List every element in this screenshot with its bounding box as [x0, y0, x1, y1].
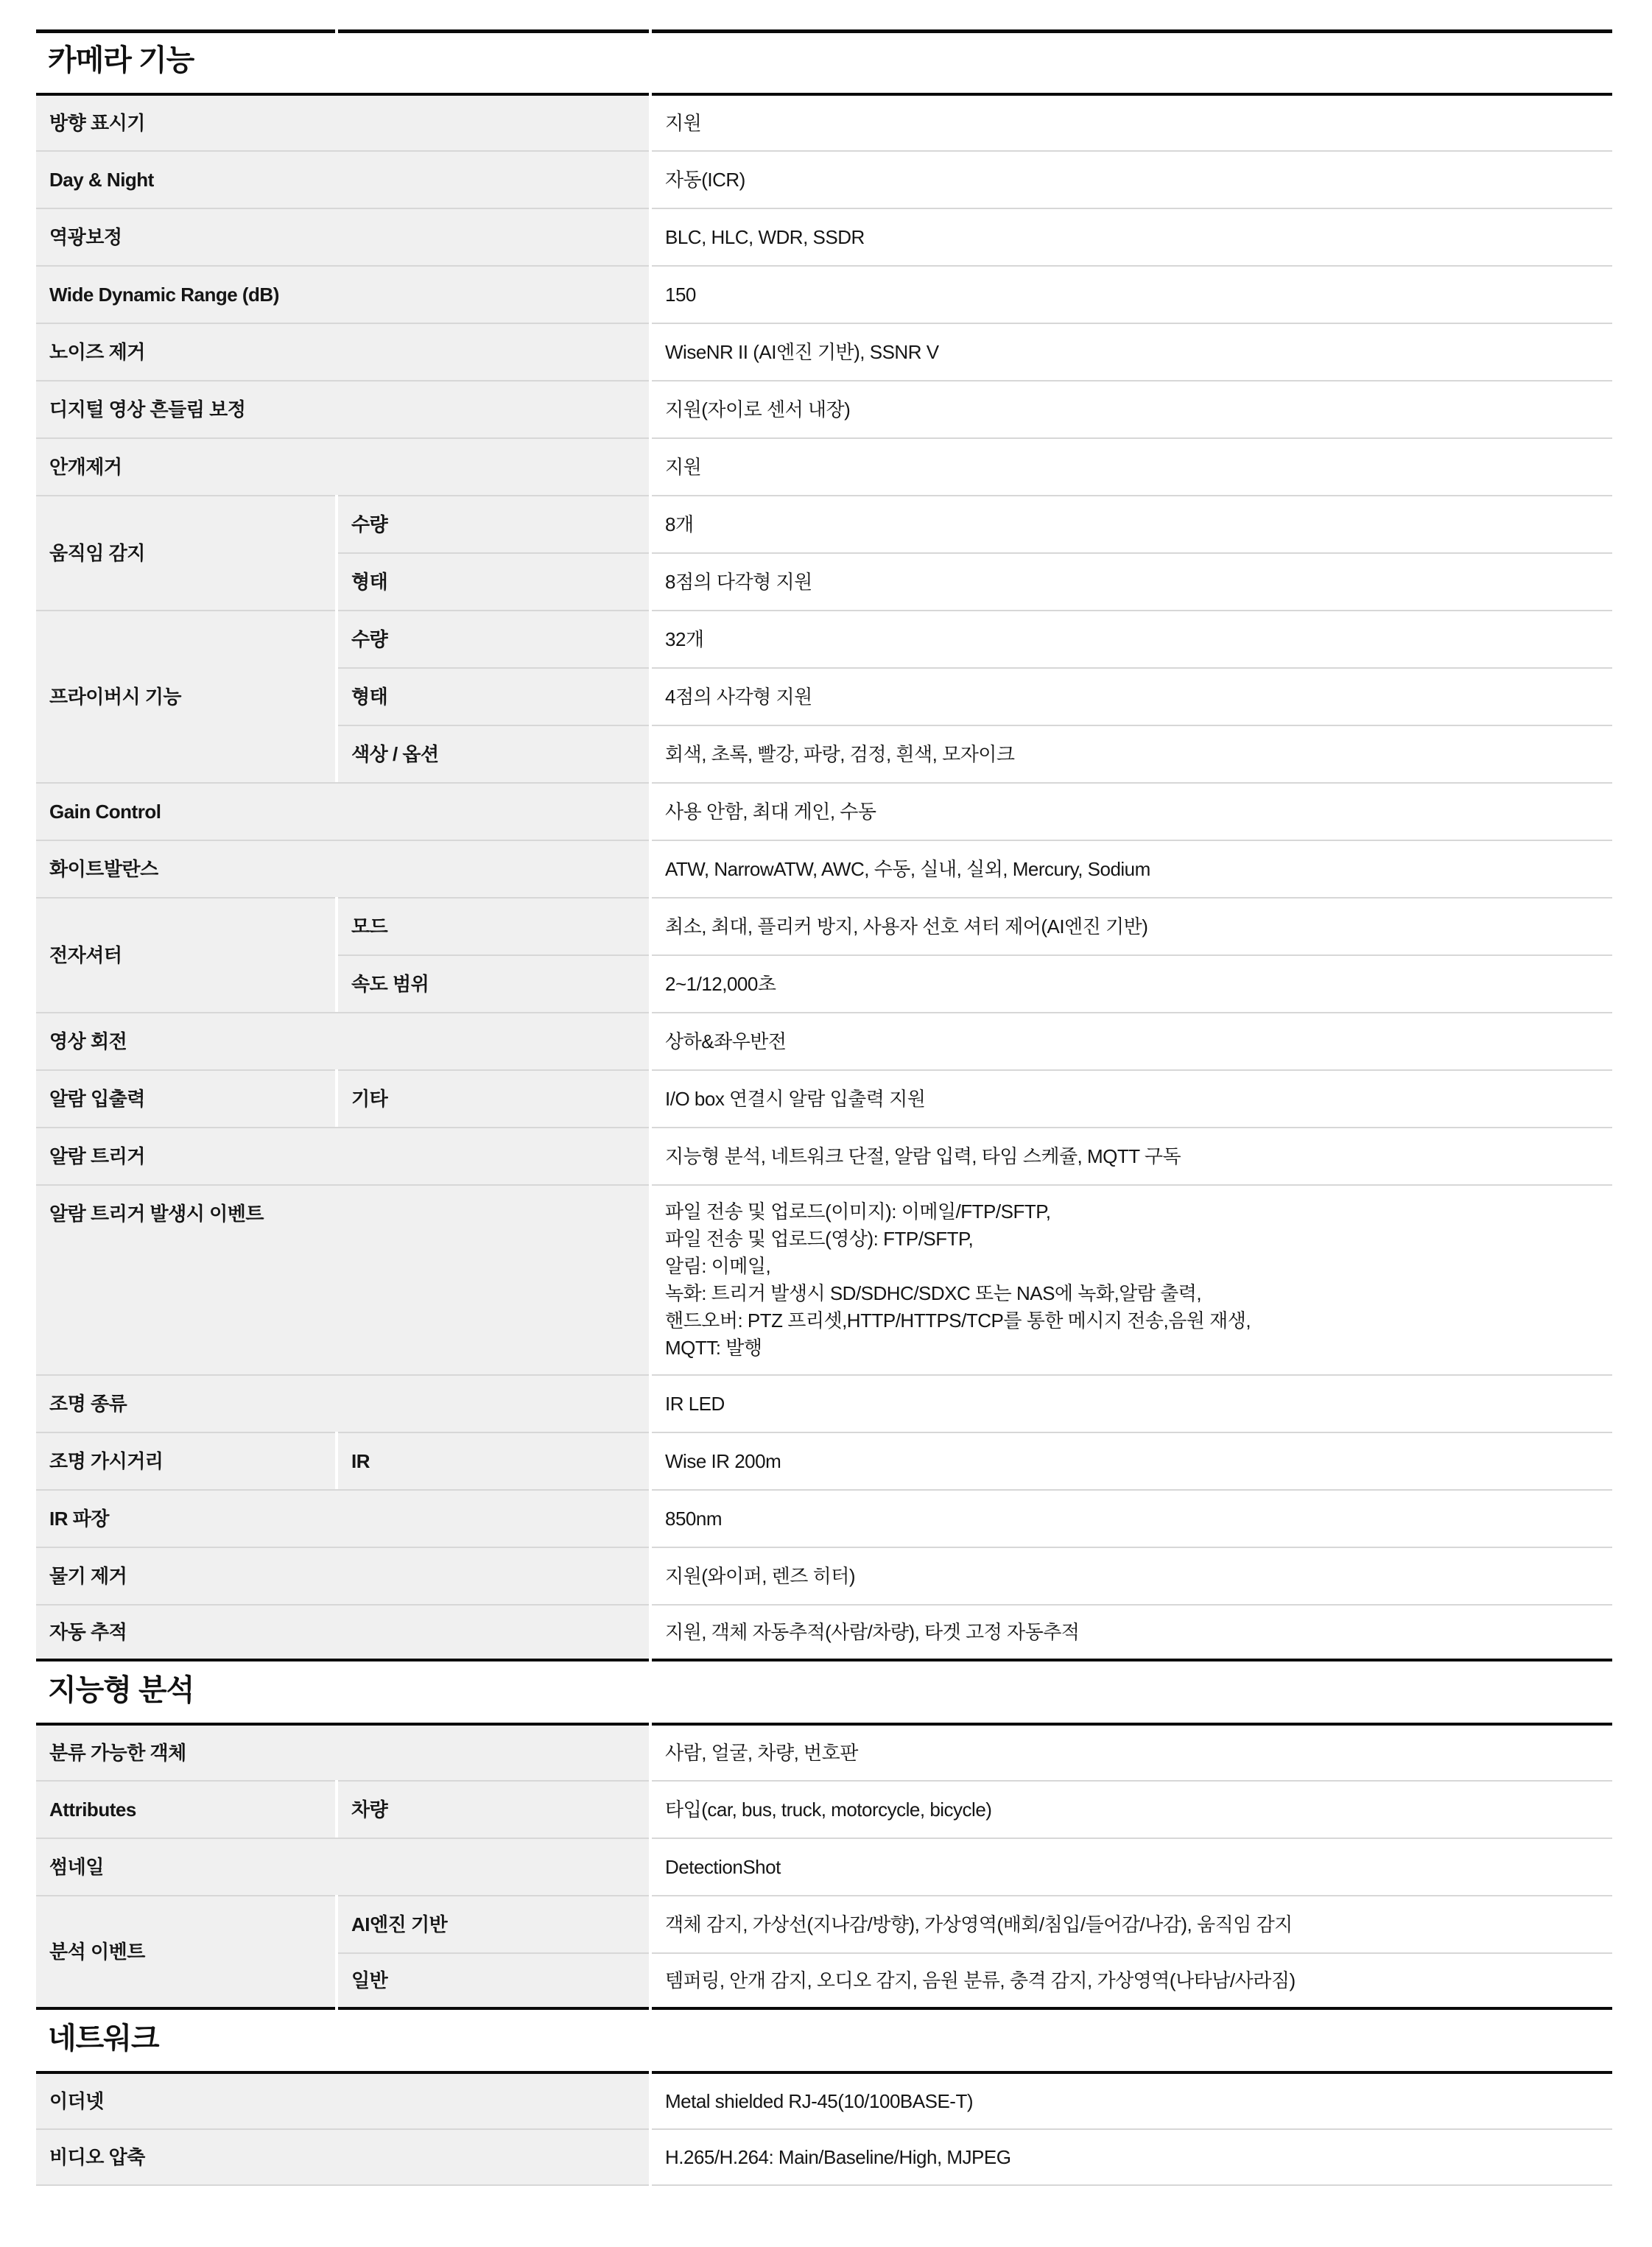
group-subrows: 모드최소, 최대, 플리커 방지, 사용자 선호 셔터 제어(AI엔진 기반)속… [338, 897, 1612, 1012]
spec-row: 알람 트리거지능형 분석, 네트워크 단절, 알람 입력, 타임 스케쥴, MQ… [36, 1127, 1612, 1184]
section-title: 카메라 기능 [36, 43, 1612, 78]
value-line: 알림: 이메일, [665, 1253, 1599, 1280]
spec-subrow: 기타I/O box 연결시 알람 입출력 지원 [338, 1069, 1612, 1127]
row-value: 850nm [652, 1489, 1612, 1547]
row-label: 알람 트리거 [36, 1127, 649, 1184]
row-label: 분류 가능한 객체 [36, 1723, 649, 1780]
spec-row: 방향 표시기지원 [36, 93, 1612, 150]
row-value: Wise IR 200m [652, 1432, 1612, 1489]
row-sublabel: 색상 / 옵션 [338, 725, 649, 782]
row-sublabel: 차량 [338, 1780, 649, 1838]
value-line: 파일 전송 및 업로드(영상): FTP/SFTP, [665, 1226, 1599, 1253]
spec-row: 비디오 압축H.265/H.264: Main/Baseline/High, M… [36, 2128, 1612, 2186]
spec-row: 썸네일DetectionShot [36, 1838, 1612, 1895]
row-value: 8개 [652, 495, 1612, 552]
row-value: 타입(car, bus, truck, motorcycle, bicycle) [652, 1780, 1612, 1838]
spec-row: 조명 종류IR LED [36, 1374, 1612, 1432]
row-value: 사용 안함, 최대 게인, 수동 [652, 782, 1612, 840]
row-label: 자동 추적 [36, 1604, 649, 1661]
row-value: BLC, HLC, WDR, SSDR [652, 208, 1612, 265]
row-value: 지원 [652, 437, 1612, 495]
group-subrows: 수량8개형태8점의 다각형 지원 [338, 495, 1612, 610]
row-sublabel: 일반 [338, 1952, 649, 2010]
spec-sheet-page: 카메라 기능방향 표시기지원Day & Night자동(ICR)역광보정BLC,… [0, 0, 1652, 2247]
row-value: 2~1/12,000초 [652, 954, 1612, 1012]
spec-subrow: AI엔진 기반객체 감지, 가상선(지나감/방향), 가상영역(배회/침입/들어… [338, 1895, 1612, 1952]
spec-row: Gain Control사용 안함, 최대 게인, 수동 [36, 782, 1612, 840]
row-label: 썸네일 [36, 1838, 649, 1895]
row-sublabel: 수량 [338, 610, 649, 667]
section-title: 지능형 분석 [36, 1673, 1612, 1708]
row-group-label: Attributes [36, 1780, 335, 1838]
row-value: 지원(자이로 센서 내장) [652, 380, 1612, 437]
spec-row-group: 알람 입출력기타I/O box 연결시 알람 입출력 지원 [36, 1069, 1612, 1127]
spec-row: IR 파장850nm [36, 1489, 1612, 1547]
spec-subrow: IRWise IR 200m [338, 1432, 1612, 1489]
spec-row-group: 움직임 감지수량8개형태8점의 다각형 지원 [36, 495, 1612, 610]
row-value: 지능형 분석, 네트워크 단절, 알람 입력, 타임 스케쥴, MQTT 구독 [652, 1127, 1612, 1184]
border-segment [36, 29, 335, 33]
row-value: 사람, 얼굴, 차량, 번호판 [652, 1723, 1612, 1780]
row-value: 객체 감지, 가상선(지나감/방향), 가상영역(배회/침입/들어감/나감), … [652, 1895, 1612, 1952]
spec-subrow: 색상 / 옵션회색, 초록, 빨강, 파랑, 검정, 흰색, 모자이크 [338, 725, 1612, 782]
row-sublabel: AI엔진 기반 [338, 1895, 649, 1952]
row-value: DetectionShot [652, 1838, 1612, 1895]
row-label: 알람 트리거 발생시 이벤트 [36, 1184, 649, 1374]
row-value: 지원(와이퍼, 렌즈 히터) [652, 1547, 1612, 1604]
spec-row-group: 조명 가시거리IRWise IR 200m [36, 1432, 1612, 1489]
spec-row: 역광보정BLC, HLC, WDR, SSDR [36, 208, 1612, 265]
row-label: 화이트발란스 [36, 840, 649, 897]
row-sublabel: 속도 범위 [338, 954, 649, 1012]
spec-row: 안개제거지원 [36, 437, 1612, 495]
border-segment [652, 29, 1612, 33]
row-sublabel: IR [338, 1432, 649, 1489]
group-subrows: AI엔진 기반객체 감지, 가상선(지나감/방향), 가상영역(배회/침입/들어… [338, 1895, 1612, 2010]
spec-table: 이더넷Metal shielded RJ-45(10/100BASE-T)비디오… [36, 2071, 1612, 2186]
row-value: 4점의 사각형 지원 [652, 667, 1612, 725]
spec-table: 분류 가능한 객체사람, 얼굴, 차량, 번호판Attributes차량타입(c… [36, 1723, 1612, 2010]
row-value: 파일 전송 및 업로드(이미지): 이메일/FTP/SFTP,파일 전송 및 업… [652, 1184, 1612, 1374]
spec-row: 노이즈 제거WiseNR II (AI엔진 기반), SSNR V [36, 323, 1612, 380]
row-value: H.265/H.264: Main/Baseline/High, MJPEG [652, 2128, 1612, 2186]
spec-row: 알람 트리거 발생시 이벤트파일 전송 및 업로드(이미지): 이메일/FTP/… [36, 1184, 1612, 1374]
spec-subrow: 형태4점의 사각형 지원 [338, 667, 1612, 725]
row-label: 이더넷 [36, 2071, 649, 2128]
spec-subrow: 모드최소, 최대, 플리커 방지, 사용자 선호 셔터 제어(AI엔진 기반) [338, 897, 1612, 954]
row-value: IR LED [652, 1374, 1612, 1432]
row-value: 자동(ICR) [652, 150, 1612, 208]
spec-subrow: 수량32개 [338, 610, 1612, 667]
row-label: 디지털 영상 흔들림 보정 [36, 380, 649, 437]
spec-row: 자동 추적지원, 객체 자동추적(사람/차량), 타겟 고정 자동추적 [36, 1604, 1612, 1661]
spec-row-group: Attributes차량타입(car, bus, truck, motorcyc… [36, 1780, 1612, 1838]
spec-subrow: 속도 범위2~1/12,000초 [338, 954, 1612, 1012]
row-label: 비디오 압축 [36, 2128, 649, 2186]
row-label: Day & Night [36, 150, 649, 208]
border-segment [338, 29, 649, 33]
spec-subrow: 수량8개 [338, 495, 1612, 552]
row-group-label: 알람 입출력 [36, 1069, 335, 1127]
row-label: 안개제거 [36, 437, 649, 495]
spec-row: 영상 회전상하&좌우반전 [36, 1012, 1612, 1069]
spec-row-group: 분석 이벤트AI엔진 기반객체 감지, 가상선(지나감/방향), 가상영역(배회… [36, 1895, 1612, 2010]
row-group-label: 분석 이벤트 [36, 1895, 335, 2010]
row-value: 32개 [652, 610, 1612, 667]
row-sublabel: 수량 [338, 495, 649, 552]
spec-row: 분류 가능한 객체사람, 얼굴, 차량, 번호판 [36, 1723, 1612, 1780]
group-subrows: 차량타입(car, bus, truck, motorcycle, bicycl… [338, 1780, 1612, 1838]
row-value: 상하&좌우반전 [652, 1012, 1612, 1069]
row-label: 영상 회전 [36, 1012, 649, 1069]
row-value: 8점의 다각형 지원 [652, 552, 1612, 610]
spec-row: Wide Dynamic Range (dB)150 [36, 265, 1612, 323]
row-label: 노이즈 제거 [36, 323, 649, 380]
row-value: 최소, 최대, 플리커 방지, 사용자 선호 셔터 제어(AI엔진 기반) [652, 897, 1612, 954]
row-value: ATW, NarrowATW, AWC, 수동, 실내, 실외, Mercury… [652, 840, 1612, 897]
value-line: 녹화: 트리거 발생시 SD/SDHC/SDXC 또는 NAS에 녹화,알람 출… [665, 1280, 1599, 1307]
section-title: 네트워크 [36, 2022, 1612, 2056]
spec-subrow: 일반템퍼링, 안개 감지, 오디오 감지, 음원 분류, 충격 감지, 가상영역… [338, 1952, 1612, 2010]
row-label: 역광보정 [36, 208, 649, 265]
spec-document: 카메라 기능방향 표시기지원Day & Night자동(ICR)역광보정BLC,… [36, 43, 1612, 2186]
row-value: I/O box 연결시 알람 입출력 지원 [652, 1069, 1612, 1127]
row-value: 150 [652, 265, 1612, 323]
spec-row: 화이트발란스ATW, NarrowATW, AWC, 수동, 실내, 실외, M… [36, 840, 1612, 897]
row-sublabel: 기타 [338, 1069, 649, 1127]
spec-subrow: 형태8점의 다각형 지원 [338, 552, 1612, 610]
row-value: WiseNR II (AI엔진 기반), SSNR V [652, 323, 1612, 380]
spec-row: 이더넷Metal shielded RJ-45(10/100BASE-T) [36, 2071, 1612, 2128]
group-subrows: 수량32개형태4점의 사각형 지원색상 / 옵션회색, 초록, 빨강, 파랑, … [338, 610, 1612, 782]
value-line: 파일 전송 및 업로드(이미지): 이메일/FTP/SFTP, [665, 1198, 1599, 1226]
previous-table-bottom-border [36, 29, 1612, 33]
row-group-label: 조명 가시거리 [36, 1432, 335, 1489]
row-group-label: 프라이버시 기능 [36, 610, 335, 782]
row-group-label: 움직임 감지 [36, 495, 335, 610]
row-label: 방향 표시기 [36, 93, 649, 150]
row-label: 물기 제거 [36, 1547, 649, 1604]
row-value: 지원 [652, 93, 1612, 150]
spec-row-group: 프라이버시 기능수량32개형태4점의 사각형 지원색상 / 옵션회색, 초록, … [36, 610, 1612, 782]
spec-subrow: 차량타입(car, bus, truck, motorcycle, bicycl… [338, 1780, 1612, 1838]
spec-row: 디지털 영상 흔들림 보정지원(자이로 센서 내장) [36, 380, 1612, 437]
row-value: Metal shielded RJ-45(10/100BASE-T) [652, 2071, 1612, 2128]
row-label: IR 파장 [36, 1489, 649, 1547]
row-label: 조명 종류 [36, 1374, 649, 1432]
row-label: Wide Dynamic Range (dB) [36, 265, 649, 323]
row-value: 회색, 초록, 빨강, 파랑, 검정, 흰색, 모자이크 [652, 725, 1612, 782]
value-line: MQTT: 발행 [665, 1335, 1599, 1362]
row-sublabel: 모드 [338, 897, 649, 954]
row-group-label: 전자셔터 [36, 897, 335, 1012]
spec-row-group: 전자셔터모드최소, 최대, 플리커 방지, 사용자 선호 셔터 제어(AI엔진 … [36, 897, 1612, 1012]
group-subrows: IRWise IR 200m [338, 1432, 1612, 1489]
row-sublabel: 형태 [338, 552, 649, 610]
value-line: 핸드오버: PTZ 프리셋,HTTP/HTTPS/TCP를 통한 메시지 전송,… [665, 1307, 1599, 1335]
row-label: Gain Control [36, 782, 649, 840]
spec-row: 물기 제거지원(와이퍼, 렌즈 히터) [36, 1547, 1612, 1604]
row-value: 지원, 객체 자동추적(사람/차량), 타겟 고정 자동추적 [652, 1604, 1612, 1661]
spec-table: 방향 표시기지원Day & Night자동(ICR)역광보정BLC, HLC, … [36, 93, 1612, 1661]
group-subrows: 기타I/O box 연결시 알람 입출력 지원 [338, 1069, 1612, 1127]
row-value: 템퍼링, 안개 감지, 오디오 감지, 음원 분류, 충격 감지, 가상영역(나… [652, 1952, 1612, 2010]
row-sublabel: 형태 [338, 667, 649, 725]
spec-row: Day & Night자동(ICR) [36, 150, 1612, 208]
